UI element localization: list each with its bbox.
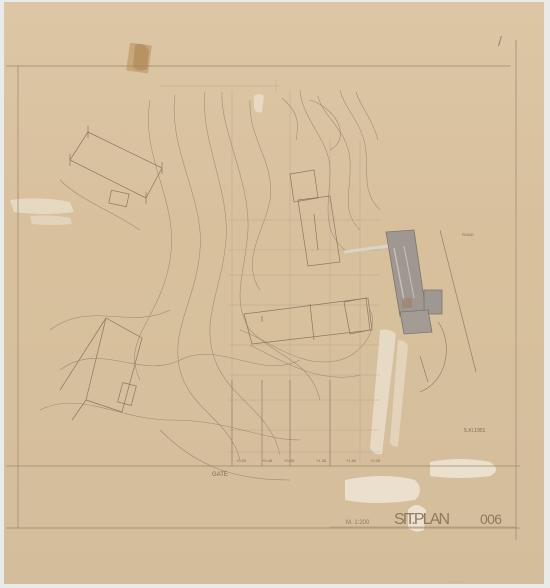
date-stamp: 5.XI.1951 <box>464 428 486 434</box>
contour-lines <box>40 90 380 480</box>
site-plan-drawing: +0.00 +0.45 +0.90 +1.35 +1.80 +2.25 GATE… <box>0 0 550 588</box>
gate-label: GATE <box>212 472 228 478</box>
level-label: +0.90 <box>284 458 295 463</box>
level-label: +1.35 <box>316 458 327 463</box>
level-label: +0.45 <box>262 458 273 463</box>
upper-left-building <box>70 126 162 207</box>
corner-mark: / <box>498 33 502 49</box>
level-label: +0.00 <box>236 458 247 463</box>
level-labels: +0.00 +0.45 +0.90 +1.35 +1.80 +2.25 <box>236 458 381 463</box>
central-tower-block <box>290 170 340 266</box>
level-label: +2.25 <box>370 458 381 463</box>
road-label: ROAD <box>462 232 474 237</box>
sheet-number: 006 <box>480 511 502 527</box>
title-block: M. 1:200 SIT.PLAN 006 <box>330 511 516 528</box>
site-grid <box>160 80 380 462</box>
level-label: +1.80 <box>346 458 357 463</box>
drawing-title: SIT.PLAN <box>394 511 450 528</box>
main-hatched-building <box>344 230 442 334</box>
archive-stamp: ........ ....... <box>446 579 462 583</box>
paper-stains <box>10 43 496 532</box>
section-markers <box>232 380 330 466</box>
lower-left-building <box>60 318 142 420</box>
scale-label: M. 1:200 <box>346 520 370 526</box>
